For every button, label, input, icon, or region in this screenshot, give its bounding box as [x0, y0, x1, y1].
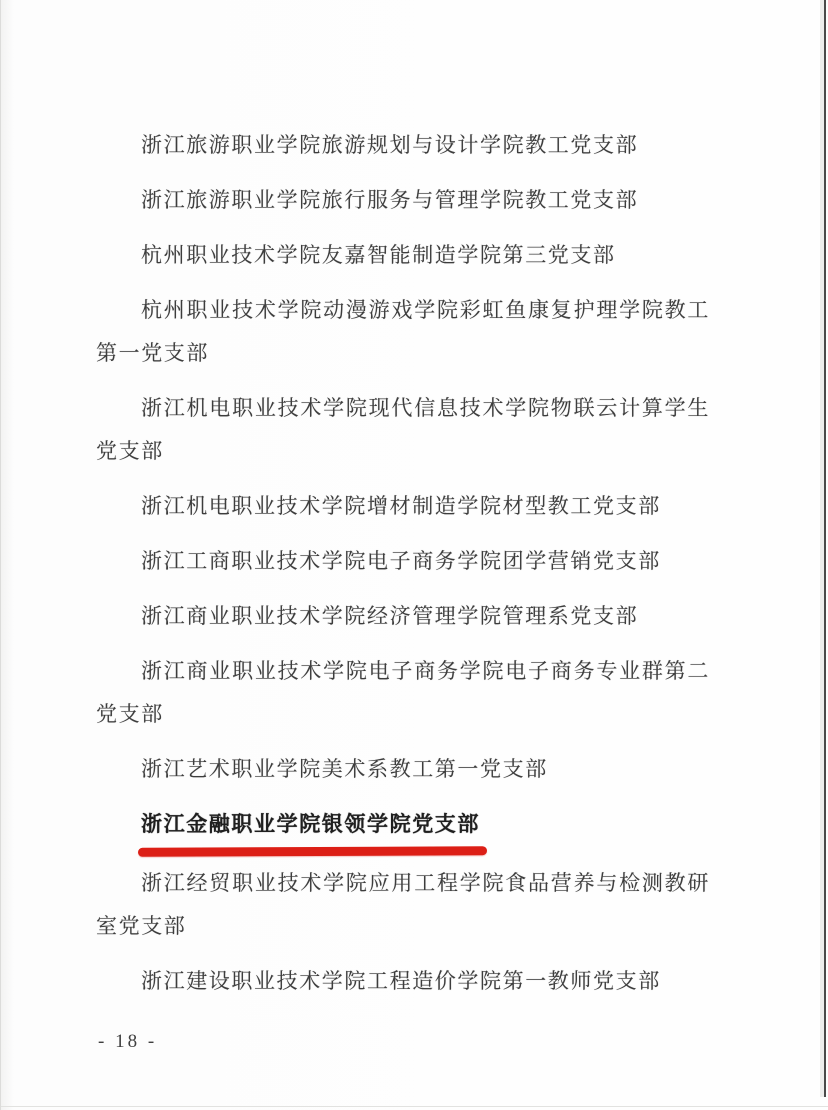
red-underline-marker — [138, 846, 487, 857]
list-item: 浙江机电职业技术学院现代信息技术学院物联云计算学生党支部 — [96, 387, 710, 473]
list-item: 杭州职业技术学院动漫游戏学院彩虹鱼康复护理学院教工第一党支部 — [96, 289, 710, 375]
page-edge-left — [0, 0, 1, 1110]
list-item: 浙江商业职业技术学院电子商务学院电子商务专业群第二党支部 — [96, 650, 710, 736]
list-item: 杭州职业技术学院友嘉智能制造学院第三党支部 — [96, 234, 710, 277]
page-number: - 18 - — [98, 1028, 157, 1055]
document-page: 浙江旅游职业学院旅游规划与设计学院教工党支部 浙江旅游职业学院旅行服务与管理学院… — [0, 0, 828, 1110]
party-branch-list: 浙江旅游职业学院旅游规划与设计学院教工党支部 浙江旅游职业学院旅行服务与管理学院… — [96, 124, 710, 1015]
list-item: 浙江商业职业技术学院经济管理学院管理系党支部 — [96, 595, 710, 638]
list-item: 浙江艺术职业学院美术系教工第一党支部 — [96, 748, 710, 791]
list-item: 浙江工商职业技术学院电子商务学院团学营销党支部 — [96, 540, 710, 583]
page-edge-bottom — [0, 1106, 828, 1107]
list-item: 浙江经贸职业技术学院应用工程学院食品营养与检测教研室党支部 — [96, 862, 710, 948]
list-item: 浙江机电职业技术学院增材制造学院材型教工党支部 — [96, 485, 710, 528]
list-item-underlined: 浙江金融职业学院银领学院党支部 — [96, 803, 710, 846]
list-item: 浙江旅游职业学院旅游规划与设计学院教工党支部 — [96, 124, 710, 167]
page-edge-right — [824, 0, 826, 1097]
list-item: 浙江建设职业技术学院工程造价学院第一教师党支部 — [96, 960, 710, 1003]
list-item: 浙江旅游职业学院旅行服务与管理学院教工党支部 — [96, 179, 710, 222]
